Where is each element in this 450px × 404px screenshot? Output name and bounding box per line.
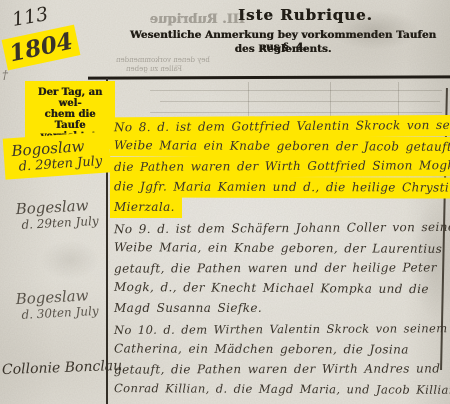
handwritten-line: getauft, die Pathen waren und der heilig… xyxy=(112,259,442,277)
rubric-title: Iste Rubrique. xyxy=(238,6,373,24)
year-label: 1804 xyxy=(4,27,78,68)
handwritten-line: Weibe Maria ein Knabe geboren der Jacob … xyxy=(112,137,450,156)
day-header-line1: Der Tag, an wel- xyxy=(29,87,111,109)
handwritten-line: No 10. d. dem Wirthen Valentin Skrock vo… xyxy=(112,320,450,339)
rubric-bleed-through: III. Rubrique xyxy=(150,12,245,27)
handwritten-line: Weibe Maria, ein Knabe geboren, der Laur… xyxy=(112,239,447,258)
handwritten-line: Catherina, ein Mädchen geboren, die Josi… xyxy=(112,340,414,358)
header-divider-rule xyxy=(88,75,450,79)
date-entry-3-date: d. 30ten July xyxy=(21,304,99,322)
handwritten-line: No 9. d. ist dem Schäfern Johann Coller … xyxy=(112,219,450,239)
handwritten-line: Conrad Killian, d. die Magd Maria, und J… xyxy=(112,380,450,399)
cross-mark: † xyxy=(2,68,8,82)
scanned-register-page: 113 1804 III. Rubrique Iste Rubrique. We… xyxy=(0,0,450,404)
age-smudge xyxy=(40,240,100,280)
date-entry-2-date: d. 29ten July xyxy=(21,214,99,232)
handwritten-line: die Jgfr. Maria Kamien und d., die heili… xyxy=(112,178,450,196)
page-number: 113 xyxy=(10,3,50,31)
date-entry-2: Bogeslaw d. 29ten July xyxy=(15,196,99,232)
rubric-subtitle-line2: des Reglements. xyxy=(118,43,448,55)
handwritten-line: No 8. d. ist dem Gottfried Valentin Skro… xyxy=(112,117,450,137)
day-header-line2: chem die Taufe xyxy=(29,109,111,131)
bleed-through-text-1: bey denen vorkommenden xyxy=(116,56,210,64)
date-entry-1: Bogoslaw d. 29ten July xyxy=(5,134,109,178)
handwritten-line: die Pathen waren der Wirth Gottfried Sim… xyxy=(112,157,450,176)
handwritten-line: Mogk, d., der Knecht Michael Kompka und … xyxy=(112,279,434,298)
faint-ruling-v1 xyxy=(248,82,249,116)
handwritten-line: getauft, die Pathen waren der Wirth Andr… xyxy=(112,360,445,378)
handwritten-line: Magd Susanna Siefke. xyxy=(112,300,267,317)
faint-ruling-v2 xyxy=(330,82,331,116)
bleed-through-text-2: Fällen zu geben xyxy=(126,65,182,73)
date-entry-3: Bogeslaw d. 30ten July xyxy=(15,286,99,322)
colony-footer: Collonie Bonclau xyxy=(2,358,123,378)
handwritten-line: Mierzala. xyxy=(112,199,180,216)
faint-ruling-v3 xyxy=(398,82,399,116)
